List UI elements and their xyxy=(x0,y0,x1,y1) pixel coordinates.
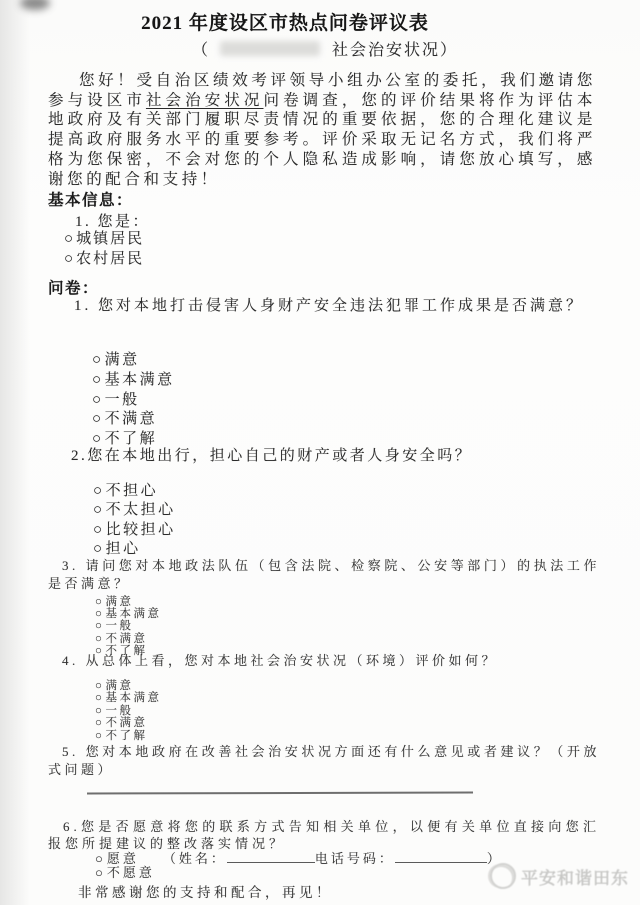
radio-icon: ○ xyxy=(92,411,105,427)
radio-icon: ○ xyxy=(95,596,105,608)
radio-option-unsatisfied[interactable]: ○不满意 xyxy=(92,410,175,430)
option-label: 一般 xyxy=(105,705,133,717)
name-field-label: （姓名： xyxy=(163,851,227,866)
radio-icon: ○ xyxy=(95,692,105,704)
radio-option-unsatisfied[interactable]: ○不满意 xyxy=(95,633,161,645)
question-3: 3. 请问您对本地政法队伍（包含法院、检察院、公安等部门）的执法工作是否满意？ xyxy=(48,557,600,592)
basic-info-question: 1. 您是： xyxy=(75,210,150,231)
option-label: 农村居民 xyxy=(76,251,144,267)
name-input-line[interactable] xyxy=(227,850,315,863)
radio-icon: ○ xyxy=(95,680,105,692)
scanned-questionnaire-page: 2021 年度设区市热点问卷评议表 （社会治安状况） 您好！受自治区绩效考评领导… xyxy=(0,0,640,905)
radio-option-unwilling[interactable]: ○不愿意 xyxy=(95,862,155,881)
radio-option-unsatisfied[interactable]: ○不满意 xyxy=(95,717,161,729)
radio-option-average[interactable]: ○一般 xyxy=(95,620,161,632)
radio-icon: ○ xyxy=(92,352,105,368)
page-title: 2021 年度设区市热点问卷评议表 xyxy=(0,8,570,35)
survey-heading: 问卷： xyxy=(48,276,99,298)
radio-option-satisfied[interactable]: ○满意 xyxy=(95,596,161,608)
radio-icon: ○ xyxy=(95,633,105,645)
watermark-logo-icon xyxy=(490,863,516,889)
subtitle-open-paren: （ xyxy=(192,42,210,59)
page-subtitle: （社会治安状况） xyxy=(40,37,610,60)
option-label: 不太担心 xyxy=(106,502,176,518)
basic-info-options: ○城镇居民 ○农村居民 xyxy=(64,229,144,269)
option-label: 担心 xyxy=(106,541,141,557)
question-6: 6.您是否愿意将您的联系方式告知相关单位，以便有关单位直接向您汇报您所提建议的整… xyxy=(48,818,600,852)
watermark: 平安和谐田东 xyxy=(490,863,629,889)
radio-option-satisfied[interactable]: ○满意 xyxy=(95,680,161,692)
radio-icon: ○ xyxy=(93,502,106,518)
subtitle-topic: 社会治安状况 xyxy=(332,42,440,59)
intro-paragraph: 您好！受自治区绩效考评领导小组办公室的委托，我们邀请您参与设区市社会治安状况问卷… xyxy=(48,71,596,189)
option-label: 不担心 xyxy=(106,483,159,499)
radio-option-satisfied[interactable]: ○满意 xyxy=(92,351,175,371)
radio-icon: ○ xyxy=(64,251,76,267)
option-label: 一般 xyxy=(105,392,140,408)
intro-underlined-topic: 社会治安状况 xyxy=(146,92,264,109)
watermark-text: 平安和谐田东 xyxy=(521,864,629,889)
question-4-options: ○满意 ○基本满意 ○一般 ○不满意 ○不了解 xyxy=(95,680,161,742)
question-3-options: ○满意 ○基本满意 ○一般 ○不满意 ○不了解 xyxy=(95,596,161,657)
radio-icon: ○ xyxy=(92,431,105,447)
question-2: 2.您在本地出行，担心自己的财产或者人身安全吗？ xyxy=(48,446,600,466)
option-label: 不满意 xyxy=(105,633,147,645)
option-label: 不愿意 xyxy=(107,865,155,880)
radio-option-dont-know[interactable]: ○不了解 xyxy=(95,730,161,742)
radio-icon: ○ xyxy=(95,730,105,742)
radio-option-basically-satisfied[interactable]: ○基本满意 xyxy=(95,692,161,704)
radio-option-rural-resident[interactable]: ○农村居民 xyxy=(64,249,144,269)
question-5: 5. 您对本地政府在改善社会治安状况方面还有什么意见或者建议？（开放式问题） xyxy=(48,743,600,778)
radio-icon: ○ xyxy=(95,620,105,632)
phone-input-line[interactable] xyxy=(395,850,487,863)
radio-icon: ○ xyxy=(93,483,106,499)
radio-icon: ○ xyxy=(95,705,105,717)
radio-option-basically-satisfied[interactable]: ○基本满意 xyxy=(92,371,175,391)
option-label: 不了解 xyxy=(105,431,158,447)
basic-info-heading: 基本信息： xyxy=(48,188,133,210)
option-label: 不满意 xyxy=(105,411,158,427)
option-label: 比较担心 xyxy=(106,522,176,538)
radio-icon: ○ xyxy=(93,541,106,557)
radio-option-basically-satisfied[interactable]: ○基本满意 xyxy=(95,608,161,620)
radio-option-willing[interactable]: ○愿意（姓名：电话号码：） xyxy=(95,848,503,867)
option-label: 不满意 xyxy=(105,717,147,729)
radio-option-urban-resident[interactable]: ○城镇居民 xyxy=(64,229,144,249)
radio-icon: ○ xyxy=(64,231,76,247)
option-label: 基本满意 xyxy=(105,608,161,620)
radio-option-not-very-worried[interactable]: ○不太担心 xyxy=(93,501,176,520)
radio-option-not-worried[interactable]: ○不担心 xyxy=(93,482,176,501)
radio-icon: ○ xyxy=(95,865,107,880)
radio-icon: ○ xyxy=(95,717,105,729)
option-label: 基本满意 xyxy=(105,692,161,704)
option-label: 一般 xyxy=(105,620,133,632)
option-label: 满意 xyxy=(105,596,133,608)
question-1-options: ○满意 ○基本满意 ○一般 ○不满意 ○不了解 xyxy=(92,351,175,450)
option-label: 满意 xyxy=(105,680,133,692)
question-2-options: ○不担心 ○不太担心 ○比较担心 ○担心 xyxy=(93,482,176,560)
radio-option-average[interactable]: ○一般 xyxy=(95,705,161,717)
subtitle-close-paren: ） xyxy=(440,42,458,59)
option-label: 基本满意 xyxy=(105,372,175,388)
radio-icon: ○ xyxy=(92,392,105,408)
scan-edge-shadow xyxy=(0,0,30,905)
radio-option-average[interactable]: ○一般 xyxy=(92,391,175,411)
option-label: 满意 xyxy=(105,352,140,368)
redacted-region xyxy=(220,41,320,56)
radio-icon: ○ xyxy=(93,522,106,538)
opinion-answer-line[interactable] xyxy=(87,778,473,794)
option-label: 城镇居民 xyxy=(76,231,144,247)
radio-option-somewhat-worried[interactable]: ○比较担心 xyxy=(93,521,176,540)
closing-thanks: 非常感谢您的支持和配合，再见！ xyxy=(78,881,333,901)
question-1: 1. 您对本地打击侵害人身财产安全违法犯罪工作成果是否满意？ xyxy=(48,296,600,316)
phone-field-label: 电话号码： xyxy=(315,851,395,866)
radio-icon: ○ xyxy=(92,372,105,388)
question-4: 4. 从总体上看，您对本地社会治安状况（环境）评价如何？ xyxy=(48,652,600,670)
option-label: 不了解 xyxy=(105,730,147,742)
radio-icon: ○ xyxy=(95,608,105,620)
